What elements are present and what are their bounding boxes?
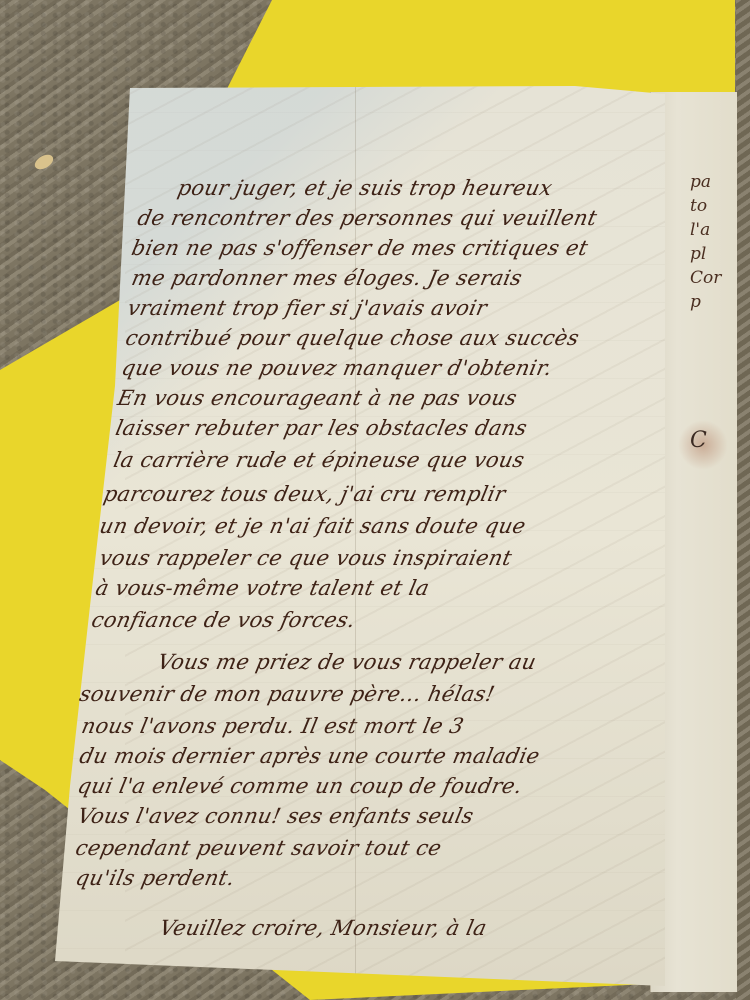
text-line: nous l'avons perdu. Il est mort le 3 xyxy=(79,714,466,738)
text-line: bien ne pas s'offenser de mes critiques … xyxy=(129,236,590,260)
adjacent-page-text: pa to l'a pl Cor p xyxy=(690,170,740,314)
side-line: to xyxy=(690,194,740,218)
side-line: pl xyxy=(690,242,740,266)
text-line: qui l'a enlevé comme un coup de foudre. xyxy=(75,774,524,798)
text-line: souvenir de mon pauvre père... hélas! xyxy=(77,682,497,706)
side-line: l'a xyxy=(690,218,740,242)
side-line: Cor xyxy=(690,266,740,290)
text-line: vraiment trop fier si j'avais avoir xyxy=(125,296,489,320)
text-line: que vous ne pouvez manquer d'obtenir. xyxy=(119,356,554,380)
text-line: parcourez tous deux, j'ai cru remplir xyxy=(101,482,507,506)
carpet-edge xyxy=(736,0,750,1000)
text-line: confiance de vos forces. xyxy=(89,608,357,632)
text-line: la carrière rude et épineuse que vous xyxy=(111,448,526,472)
stain-letter: C xyxy=(690,428,707,453)
text-line: me pardonner mes éloges. Je serais xyxy=(129,266,524,290)
text-line: cependant peuvent savoir tout ce xyxy=(73,836,443,860)
text-line: à vous-même votre talent et la xyxy=(93,576,431,600)
text-line: Vous l'avez connu! ses enfants seuls xyxy=(75,804,475,828)
text-line: de rencontrer des personnes qui veuillen… xyxy=(135,206,599,230)
text-line: Veuillez croire, Monsieur, à la xyxy=(157,916,489,940)
side-line: p xyxy=(690,290,740,314)
text-line: En vous encourageant à ne pas vous xyxy=(115,386,519,410)
text-line: laisser rebuter par les obstacles dans xyxy=(113,416,529,440)
side-line: pa xyxy=(690,170,740,194)
text-line: contribué pour quelque chose aux succès xyxy=(123,326,581,350)
text-line: vous rappeler ce que vous inspiraient xyxy=(97,546,514,570)
text-line: pour juger, et je suis trop heureux xyxy=(175,176,554,200)
text-line: qu'ils perdent. xyxy=(73,866,237,890)
text-line: Vous me priez de vous rappeler au xyxy=(155,650,538,674)
text-line: du mois dernier après une courte maladie xyxy=(77,744,542,768)
pebble-on-carpet xyxy=(32,152,55,172)
text-line: un devoir, et je n'ai fait sans doute qu… xyxy=(97,514,528,538)
